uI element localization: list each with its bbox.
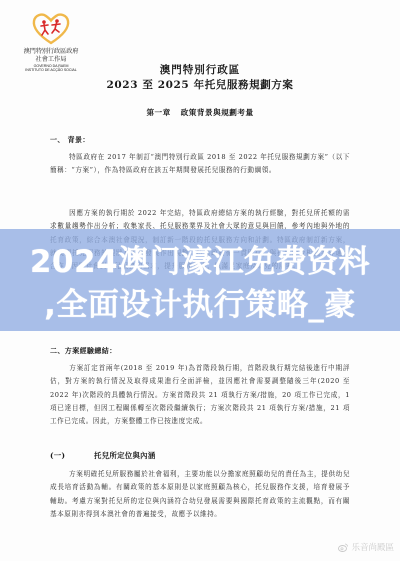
paragraph-text: 方案訂定首兩年(2018 至 2019 年)為首階段執行期，首階段執行期完結後進…	[50, 364, 350, 425]
document-title-line2: 2023 至 2025 年托兒服務規劃方案	[0, 77, 400, 92]
paragraph-review-1: 方案訂定首兩年(2018 至 2019 年)為首階段執行期，首階段執行期完結後進…	[50, 362, 350, 428]
paragraph-text: 特區政府在 2017 年制訂“澳門特別行政區 2018 至 2022 年托兒服務…	[50, 153, 350, 174]
overlay-headline-line1: 2024澳门濠江免费资料	[0, 236, 400, 281]
section-heading-review: 二、方案經驗總結：	[50, 346, 117, 356]
chapter-title: 政策背景與規劃考量	[181, 108, 254, 117]
subsection-number: (一)	[50, 450, 94, 461]
overlay-headline-line2: ,全面设计执行策略_豪	[0, 279, 400, 324]
org-name-zh: 澳門特別行政區政府	[14, 48, 88, 56]
paragraph-text: 方案明確托兒所服務屬於社會福利，主要功能以分擔家庭照顧幼兒的責任為主，提供幼兒成…	[50, 470, 350, 518]
subsection-title: 托兒所定位與內涵	[94, 451, 156, 460]
section-heading-background: 一、 背景：	[50, 135, 90, 145]
chapter-number: 第一章	[146, 108, 170, 117]
headline-overlay-banner: 2024澳门濠江免费资料 ,全面设计执行策略_豪	[0, 229, 400, 331]
watermark-text: 乐音尚殿區	[351, 541, 394, 553]
heart-logo-icon	[31, 12, 71, 46]
source-watermark: 乐音尚殿區	[338, 541, 394, 553]
document-title-line1: 澳門特別行政區	[0, 62, 400, 77]
document-page: 澳門特別行政區政府 社會工作局 GOVERNO DA RAEM INSTITUT…	[0, 0, 400, 561]
chapter-heading: 第一章政策背景與規劃考量	[0, 107, 400, 118]
paragraph-positioning-1: 方案明確托兒所服務屬於社會福利，主要功能以分擔家庭照顧幼兒的責任為主，提供幼兒成…	[50, 468, 350, 521]
weibo-icon	[338, 543, 348, 552]
subsection-heading-positioning: (一)托兒所定位與內涵	[50, 450, 156, 461]
paragraph-background-1: 特區政府在 2017 年制訂“澳門特別行政區 2018 至 2022 年托兒服務…	[50, 151, 350, 178]
